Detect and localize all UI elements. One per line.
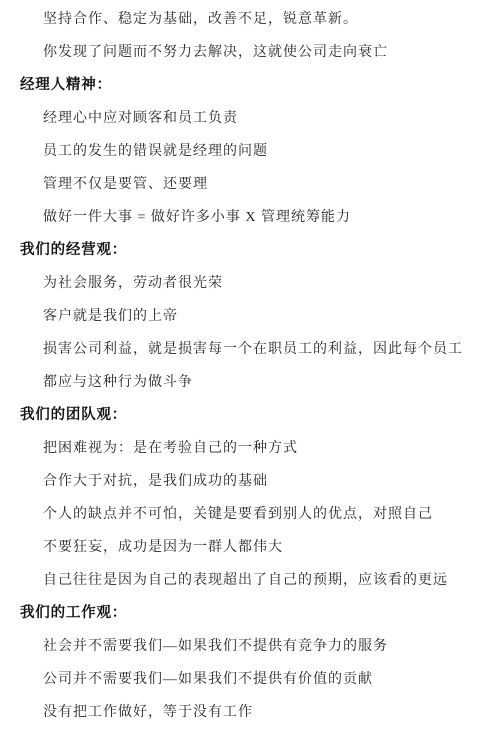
intro-line: 坚持合作、稳定为基础，改善不足，锐意革新。 (43, 3, 474, 36)
section-item: 自己往往是因为自己的表现超出了自己的预期，应该看的更远 (43, 564, 474, 597)
section-item: 员工的发生的错误就是经理的问题 (43, 135, 474, 168)
section-item: 为社会服务，劳动者很光荣 (43, 267, 474, 300)
section-heading-work-view: 我们的工作观： (20, 597, 474, 630)
document-page: 坚持合作、稳定为基础，改善不足，锐意革新。 你发现了问题而不努力去解决，这就使公… (0, 0, 482, 743)
section-heading-manager-spirit: 经理人精神： (20, 69, 474, 102)
section-item: 不要狂妄，成功是因为一群人都伟大 (43, 531, 474, 564)
section-item: 没有把工作做好，等于没有工作 (43, 696, 474, 729)
section-item: 个人的缺点并不可怕，关键是要看到别人的优点，对照自己 (43, 498, 474, 531)
section-item: 公司并不需要我们—如果我们不提供有价值的贡献 (43, 663, 474, 696)
section-item: 社会并不需要我们—如果我们不提供有竞争力的服务 (43, 630, 474, 663)
section-item: 做好一件大事 = 做好许多小事 X 管理统筹能力 (43, 201, 474, 234)
intro-line: 你发现了问题而不努力去解决，这就使公司走向衰亡 (43, 36, 474, 69)
section-heading-business-view: 我们的经营观： (20, 234, 474, 267)
section-item: 把困难视为：是在考验自己的一种方式 (43, 432, 474, 465)
section-item: 客户就是我们的上帝 (43, 300, 474, 333)
section-item: 管理不仅是要管、还要理 (43, 168, 474, 201)
section-heading-team-view: 我们的团队观： (20, 399, 474, 432)
section-item: 合作大于对抗，是我们成功的基础 (43, 465, 474, 498)
section-item: 经理心中应对顾客和员工负责 (43, 102, 474, 135)
section-item: 损害公司利益，就是损害每一个在职员工的利益，因此每个员工 都应与这种行为做斗争 (43, 333, 474, 399)
